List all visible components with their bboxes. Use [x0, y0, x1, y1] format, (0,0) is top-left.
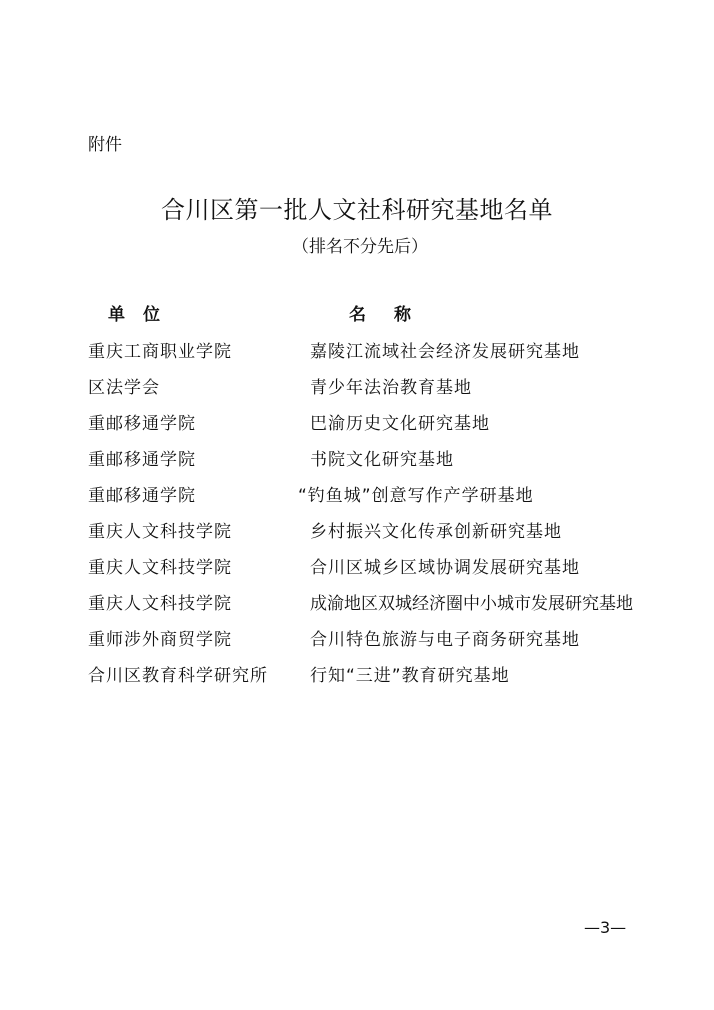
table-row: 合川区教育科学研究所 行知“三进”教育研究基地 [0, 661, 714, 697]
name-cell: “钓鱼城”创意写作产学研基地 [298, 481, 534, 506]
page-number: —3— [584, 918, 626, 937]
unit-cell: 重邮移通学院 [88, 481, 196, 506]
table-row: 重邮移通学院 书院文化研究基地 [0, 445, 714, 481]
unit-cell: 重邮移通学院 [88, 445, 196, 470]
name-cell: 行知“三进”教育研究基地 [310, 661, 510, 686]
name-cell: 乡村振兴文化传承创新研究基地 [310, 517, 562, 542]
name-cell: 青少年法治教育基地 [310, 373, 472, 398]
column-header-unit: 单位 [108, 300, 178, 325]
document-title: 合川区第一批人文社科研究基地名单 [0, 190, 714, 225]
name-cell: 合川区城乡区域协调发展研究基地 [310, 553, 580, 578]
document-subtitle: （排名不分先后） [0, 232, 714, 257]
table-row: 重庆人文科技学院 合川区城乡区域协调发展研究基地 [0, 553, 714, 589]
name-cell: 书院文化研究基地 [310, 445, 454, 470]
column-header-name: 名称 [349, 300, 439, 325]
table-row: 区法学会 青少年法治教育基地 [0, 373, 714, 409]
table-row: 重邮移通学院 巴渝历史文化研究基地 [0, 409, 714, 445]
table-row: 重庆工商职业学院 嘉陵江流域社会经济发展研究基地 [0, 337, 714, 373]
table-row: 重庆人文科技学院 乡村振兴文化传承创新研究基地 [0, 517, 714, 553]
table-row: 重邮移通学院 “钓鱼城”创意写作产学研基地 [0, 481, 714, 517]
unit-cell: 合川区教育科学研究所 [88, 661, 268, 686]
name-cell: 巴渝历史文化研究基地 [310, 409, 490, 434]
unit-cell: 重邮移通学院 [88, 409, 196, 434]
unit-cell: 重庆人文科技学院 [88, 589, 232, 614]
unit-cell: 区法学会 [88, 373, 160, 398]
name-cell: 成渝地区双城经济圈中小城市发展研究基地 [310, 589, 633, 614]
unit-cell: 重师涉外商贸学院 [88, 625, 232, 650]
table-row: 重庆人文科技学院 成渝地区双城经济圈中小城市发展研究基地 [0, 589, 714, 625]
table-row: 重师涉外商贸学院 合川特色旅游与电子商务研究基地 [0, 625, 714, 661]
name-cell: 合川特色旅游与电子商务研究基地 [310, 625, 580, 650]
name-cell: 嘉陵江流域社会经济发展研究基地 [310, 337, 580, 362]
unit-cell: 重庆人文科技学院 [88, 553, 232, 578]
unit-cell: 重庆工商职业学院 [88, 337, 232, 362]
unit-cell: 重庆人文科技学院 [88, 517, 232, 542]
attachment-label: 附件 [88, 130, 122, 155]
